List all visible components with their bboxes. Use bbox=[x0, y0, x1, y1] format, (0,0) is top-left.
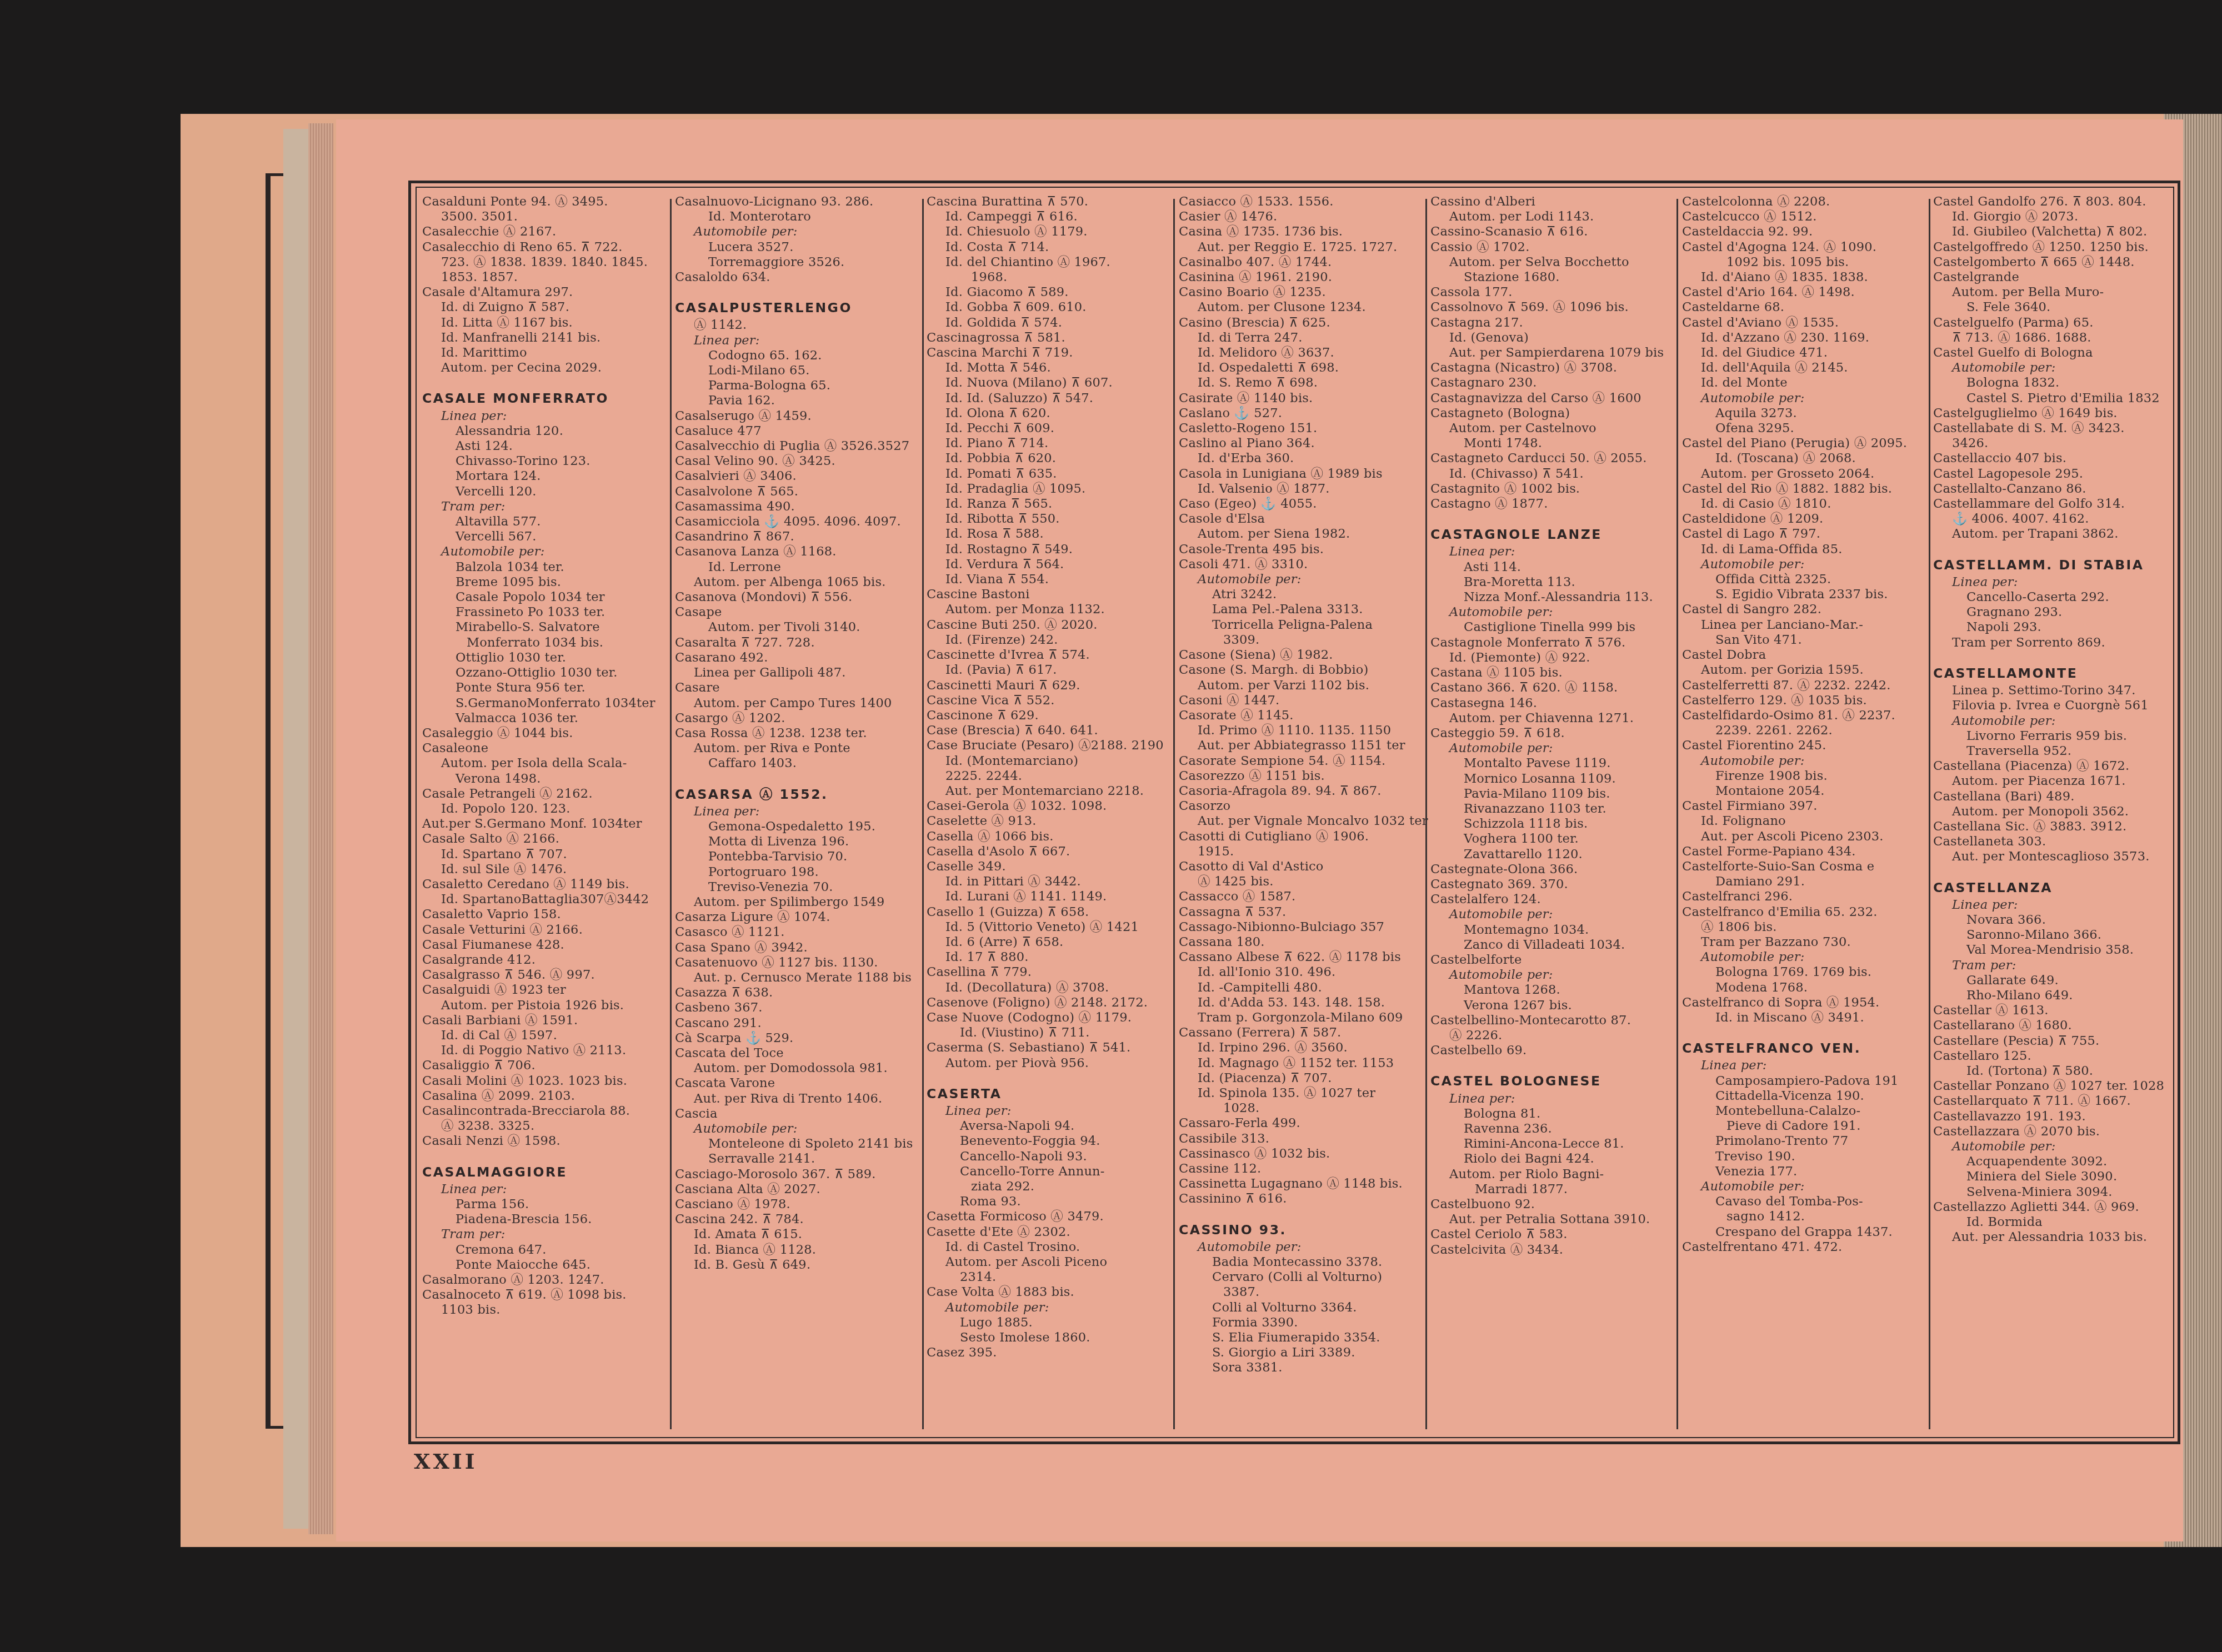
index-entry: Casole d'Elsa bbox=[1179, 512, 1422, 527]
index-entry: Sesto Imolese 1860. bbox=[927, 1330, 1170, 1345]
index-entry: Id. 17 ⊼ 880. bbox=[927, 950, 1170, 965]
index-entry: Castel di Sangro 282. bbox=[1682, 602, 1925, 617]
index-entry: Pavia 162. bbox=[675, 393, 918, 408]
index-entry: Ⓐ 2226. bbox=[1430, 1028, 1674, 1043]
index-entry: Casette d'Ete Ⓐ 2302. bbox=[927, 1225, 1170, 1240]
index-entry: Id. Bormida bbox=[1933, 1215, 2176, 1230]
index-entry: Castelforte-Suio-San Cosma e bbox=[1682, 859, 1925, 874]
index-entry: Ponte Stura 956 ter. bbox=[422, 680, 665, 695]
index-entry: Id. di Castel Trosino. bbox=[927, 1240, 1170, 1255]
index-entry: S. Fele 3640. bbox=[1933, 300, 2176, 315]
index-entry: Ⓐ 1425 bis. bbox=[1179, 874, 1422, 889]
index-entry: Casa Spano Ⓐ 3942. bbox=[675, 940, 918, 955]
index-entry: Id. Ribotta ⊼ 550. bbox=[927, 512, 1170, 527]
index-entry: Cassano (Ferrera) ⊼ 587. bbox=[1179, 1025, 1422, 1040]
index-entry: Id. d'Aiano Ⓐ 1835. 1838. bbox=[1682, 270, 1925, 285]
index-entry: Mantova 1268. bbox=[1430, 983, 1674, 998]
index-entry: Id. (Montemarciano) bbox=[927, 754, 1170, 769]
index-entry: Serravalle 2141. bbox=[675, 1152, 918, 1167]
index-entry: Casale d'Altamura 297. bbox=[422, 285, 665, 300]
index-entry: Casargo Ⓐ 1202. bbox=[675, 711, 918, 726]
index-entry: Casare bbox=[675, 680, 918, 695]
index-entry: ⊼ 713. Ⓐ 1686. 1688. bbox=[1933, 331, 2176, 346]
index-entry: Linea per: bbox=[1430, 1092, 1674, 1107]
index-entry: Castegnate-Olona 366. bbox=[1430, 862, 1674, 877]
index-entry: Autom. per Clusone 1234. bbox=[1179, 300, 1422, 315]
index-entry: Id. del Chiantino Ⓐ 1967. bbox=[927, 255, 1170, 270]
index-entry: Castel del Piano (Perugia) Ⓐ 2095. bbox=[1682, 436, 1925, 451]
index-entry: Autom. per Riva e Ponte bbox=[675, 741, 918, 756]
index-entry: Vercelli 567. bbox=[422, 529, 665, 544]
index-entry: Aut. per Montescaglioso 3573. bbox=[1933, 849, 2176, 864]
index-entry: Id. Viana ⊼ 554. bbox=[927, 572, 1170, 587]
index-entry: Rimini-Ancona-Lecce 81. bbox=[1430, 1137, 1674, 1152]
index-entry: Ponte Maiocche 645. bbox=[422, 1258, 665, 1273]
index-entry: Casier Ⓐ 1476. bbox=[1179, 209, 1422, 224]
index-column-2: Casalnuovo-Licignano 93. 286.Id. Montero… bbox=[675, 194, 918, 1273]
index-entry: Cascia bbox=[675, 1107, 918, 1122]
index-entry: Cassago-Nibionno-Bulciago 357 bbox=[1179, 920, 1422, 935]
index-entry: Benevento-Foggia 94. bbox=[927, 1134, 1170, 1149]
index-entry: Id. Pradaglia Ⓐ 1095. bbox=[927, 482, 1170, 497]
index-entry: Cancello-Torre Annun- bbox=[927, 1164, 1170, 1179]
index-entry: Linea per: bbox=[1933, 898, 2176, 913]
section-heading: CASALPUSTERLENGO bbox=[675, 301, 918, 316]
index-entry: Castelfranci 296. bbox=[1682, 889, 1925, 904]
index-entry: Automobile per: bbox=[1682, 557, 1925, 572]
index-entry: 723. Ⓐ 1838. 1839. 1840. 1845. bbox=[422, 255, 665, 270]
index-entry: Castel di Lago ⊼ 797. bbox=[1682, 527, 1925, 542]
index-entry: Id. (Chivasso) ⊼ 541. bbox=[1430, 467, 1674, 482]
index-entry: Cassacco Ⓐ 1587. bbox=[1179, 889, 1422, 904]
index-entry: Automobile per: bbox=[1682, 950, 1925, 965]
index-entry: Cassolnovo ⊼ 569. Ⓐ 1096 bis. bbox=[1430, 300, 1674, 315]
index-entry: Id. d'Azzano Ⓐ 230. 1169. bbox=[1682, 331, 1925, 346]
index-entry: Filovia p. Ivrea e Cuorgnè 561 bbox=[1933, 698, 2176, 713]
index-entry: Montemagno 1034. bbox=[1430, 923, 1674, 938]
index-entry: Cà Scarpa ⚓ 529. bbox=[675, 1031, 918, 1046]
index-entry: Cassaro-Ferla 499. bbox=[1179, 1116, 1422, 1131]
index-entry: Stazione 1680. bbox=[1430, 270, 1674, 285]
index-entry: Asti 124. bbox=[422, 439, 665, 454]
index-entry: Aut. per Riva di Trento 1406. bbox=[675, 1092, 918, 1107]
index-entry: Casirate Ⓐ 1140 bis. bbox=[1179, 391, 1422, 406]
index-entry: Castelgoffredo Ⓐ 1250. 1250 bis. bbox=[1933, 240, 2176, 255]
index-entry: Autom. per Chiavenna 1271. bbox=[1430, 711, 1674, 726]
index-entry: Cascina Marchi ⊼ 719. bbox=[927, 346, 1170, 361]
index-entry: Casello 1 (Guizza) ⊼ 658. bbox=[927, 905, 1170, 920]
index-entry: Balzola 1034 ter. bbox=[422, 560, 665, 575]
index-entry: Castelfidardo-Osimo 81. Ⓐ 2237. bbox=[1682, 708, 1925, 723]
index-entry: Autom. per Ascoli Piceno bbox=[927, 1255, 1170, 1270]
index-entry: S. Elia Fiumerapido 3354. bbox=[1179, 1330, 1422, 1345]
index-entry: Id. Campeggi ⊼ 616. bbox=[927, 209, 1170, 224]
index-entry: Cavaso del Tomba-Pos- bbox=[1682, 1194, 1925, 1209]
index-entry: Casalvecchio di Puglia Ⓐ 3526.3527 bbox=[675, 439, 918, 454]
index-entry: 2314. bbox=[927, 1270, 1170, 1285]
index-entry: Id. Giacomo ⊼ 589. bbox=[927, 285, 1170, 300]
index-entry: Casciago-Morosolo 367. ⊼ 589. bbox=[675, 1167, 918, 1182]
index-entry: Casape bbox=[675, 605, 918, 620]
index-entry: Id. Spinola 135. Ⓐ 1027 ter bbox=[1179, 1086, 1422, 1101]
index-entry: Id. S. Remo ⊼ 698. bbox=[1179, 376, 1422, 391]
index-entry: Aut. per Sampierdarena 1079 bis bbox=[1430, 346, 1674, 361]
index-entry: Marradi 1877. bbox=[1430, 1182, 1674, 1197]
index-entry: Riolo dei Bagni 424. bbox=[1430, 1152, 1674, 1167]
index-entry: San Vito 471. bbox=[1682, 633, 1925, 648]
index-entry: Id. Rostagno ⊼ 549. bbox=[927, 542, 1170, 557]
index-entry: Casellina ⊼ 779. bbox=[927, 965, 1170, 980]
index-entry: Id. Giubileo (Valchetta) ⊼ 802. bbox=[1933, 224, 2176, 239]
index-entry: Casella d'Asolo ⊼ 667. bbox=[927, 844, 1170, 859]
index-entry: Mornico Losanna 1109. bbox=[1430, 772, 1674, 787]
index-entry: Caselle 349. bbox=[927, 859, 1170, 874]
index-entry: Castellare (Pescia) ⊼ 755. bbox=[1933, 1034, 2176, 1049]
index-entry: Castel S. Pietro d'Emilia 1832 bbox=[1933, 391, 2176, 406]
index-entry: Codogno 65. 162. bbox=[675, 348, 918, 363]
index-entry: Caslino al Piano 364. bbox=[1179, 436, 1422, 451]
index-entry: Id. B. Gesù ⊼ 649. bbox=[675, 1258, 918, 1273]
index-entry: Selvena-Miniera 3094. bbox=[1933, 1185, 2176, 1200]
index-entry: Bologna 1832. bbox=[1933, 376, 2176, 391]
index-entry: Ravenna 236. bbox=[1430, 1122, 1674, 1137]
index-entry: 2239. 2261. 2262. bbox=[1682, 723, 1925, 738]
index-entry: Automobile per: bbox=[1430, 968, 1674, 983]
index-entry: Autom. per Selva Bocchetto bbox=[1430, 255, 1674, 270]
index-entry: Automobile per: bbox=[1682, 391, 1925, 406]
index-entry: Casalguidi Ⓐ 1923 ter bbox=[422, 983, 665, 998]
index-entry: Id. (Firenze) 242. bbox=[927, 633, 1170, 648]
index-entry: Casciano Ⓐ 1978. bbox=[675, 1197, 918, 1212]
index-entry: Pavia-Milano 1109 bis. bbox=[1430, 787, 1674, 802]
index-entry: Casoli 471. Ⓐ 3310. bbox=[1179, 557, 1422, 572]
index-entry: Cascine Buti 250. Ⓐ 2020. bbox=[927, 618, 1170, 633]
index-entry: Casteldidone Ⓐ 1209. bbox=[1682, 512, 1925, 527]
index-entry: Casenove (Foligno) Ⓐ 2148. 2172. bbox=[927, 995, 1170, 1010]
index-entry: Id. Irpino 296. Ⓐ 3560. bbox=[1179, 1040, 1422, 1055]
column-divider bbox=[922, 199, 924, 1429]
index-entry: Id. Piano ⊼ 714. bbox=[927, 436, 1170, 451]
index-entry: Id. Bianca Ⓐ 1128. bbox=[675, 1243, 918, 1258]
index-entry: Lugo 1885. bbox=[927, 1315, 1170, 1330]
index-entry: Offida Città 2325. bbox=[1682, 572, 1925, 587]
index-entry: Autom. per Riolo Bagni- bbox=[1430, 1167, 1674, 1182]
index-entry: Automobile per: bbox=[1430, 907, 1674, 922]
index-entry: Castel Ceriolo ⊼ 583. bbox=[1430, 1227, 1674, 1242]
index-entry: Casalduni Ponte 94. Ⓐ 3495. bbox=[422, 194, 665, 209]
index-entry: Linea per: bbox=[1430, 544, 1674, 559]
index-entry: Cassinino ⊼ 616. bbox=[1179, 1192, 1422, 1207]
index-entry: Castagnaro 230. bbox=[1430, 376, 1674, 391]
index-entry: Casalvieri Ⓐ 3406. bbox=[675, 469, 918, 484]
index-entry: Automobile per: bbox=[927, 1300, 1170, 1315]
index-entry: Cascinetti Mauri ⊼ 629. bbox=[927, 678, 1170, 693]
index-entry: Autom. per Castelnovo bbox=[1430, 421, 1674, 436]
index-entry: Casalina Ⓐ 2099. 2103. bbox=[422, 1089, 665, 1104]
index-entry: Id. di Poggio Nativo Ⓐ 2113. bbox=[422, 1043, 665, 1058]
index-entry: Automobile per: bbox=[422, 544, 665, 559]
index-entry: Castelbellino-Montecarotto 87. bbox=[1430, 1013, 1674, 1028]
index-entry: Castagnavizza del Carso Ⓐ 1600 bbox=[1430, 391, 1674, 406]
index-entry: Gemona-Ospedaletto 195. bbox=[675, 819, 918, 834]
index-entry: Casal Fiumanese 428. bbox=[422, 938, 665, 953]
index-entry: Gragnano 293. bbox=[1933, 605, 2176, 620]
index-entry: Autom. per Albenga 1065 bis. bbox=[675, 575, 918, 590]
section-heading: CASTELFRANCO VEN. bbox=[1682, 1041, 1925, 1056]
index-entry: Castellavazzo 191. 193. bbox=[1933, 1109, 2176, 1124]
index-entry: Casaralta ⊼ 727. 728. bbox=[675, 635, 918, 650]
index-entry: Venezia 177. bbox=[1682, 1164, 1925, 1179]
index-entry: Ofena 3295. bbox=[1682, 421, 1925, 436]
index-entry: Castiglione Tinella 999 bis bbox=[1430, 620, 1674, 635]
index-entry: Casaloldo 634. bbox=[675, 270, 918, 285]
index-entry: Autom. per Lodi 1143. bbox=[1430, 209, 1674, 224]
index-entry: Autom. per Trapani 3862. bbox=[1933, 527, 2176, 542]
section-heading: CASTAGNOLE LANZE bbox=[1430, 527, 1674, 542]
index-entry: Monteleone di Spoleto 2141 bis bbox=[675, 1137, 918, 1152]
index-entry: Casanova (Mondovi) ⊼ 556. bbox=[675, 590, 918, 605]
index-entry: Cassagna ⊼ 537. bbox=[1179, 905, 1422, 920]
index-entry: Cassibile 313. bbox=[1179, 1132, 1422, 1147]
index-entry: Castel Fiorentino 245. bbox=[1682, 738, 1925, 753]
index-entry: Cassola 177. bbox=[1430, 285, 1674, 300]
index-entry: Id. di Zuigno ⊼ 587. bbox=[422, 300, 665, 315]
index-entry: Portogruaro 198. bbox=[675, 865, 918, 880]
index-entry: Bra-Moretta 113. bbox=[1430, 575, 1674, 590]
index-entry: Cassine 112. bbox=[1179, 1162, 1422, 1177]
index-entry: Id. dell'Aquila Ⓐ 2145. bbox=[1682, 361, 1925, 376]
index-entry: Casorezzo Ⓐ 1151 bis. bbox=[1179, 769, 1422, 784]
index-entry: Id. (Tortona) ⊼ 580. bbox=[1933, 1064, 2176, 1079]
index-entry: Automobile per: bbox=[1179, 1240, 1422, 1255]
index-entry: Casaletto Ceredano Ⓐ 1149 bis. bbox=[422, 877, 665, 892]
index-entry: Castagna 217. bbox=[1430, 316, 1674, 331]
index-entry: Id. Spartano ⊼ 707. bbox=[422, 847, 665, 862]
index-entry: Autom. per Piacenza 1671. bbox=[1933, 774, 2176, 789]
index-entry: Casone (S. Margh. di Bobbio) bbox=[1179, 663, 1422, 678]
index-entry: Casinina Ⓐ 1961. 2190. bbox=[1179, 270, 1422, 285]
index-entry: Automobile per: bbox=[1682, 1179, 1925, 1194]
index-entry: Id. di Cal Ⓐ 1597. bbox=[422, 1028, 665, 1043]
index-entry: Asti 114. bbox=[1430, 560, 1674, 575]
index-entry: Id. Chiesuolo Ⓐ 1179. bbox=[927, 224, 1170, 239]
index-entry: Linea per: bbox=[675, 804, 918, 819]
index-entry: Aversa-Napoli 94. bbox=[927, 1119, 1170, 1134]
index-entry: Casalnuovo-Licignano 93. 286. bbox=[675, 194, 918, 209]
index-entry: Casalgrande 412. bbox=[422, 953, 665, 968]
index-entry: Id. (Pavia) ⊼ 617. bbox=[927, 663, 1170, 678]
column-divider bbox=[1676, 199, 1678, 1429]
index-entry: Aut. per Petralia Sottana 3910. bbox=[1430, 1212, 1674, 1227]
index-entry: Verona 1267 bis. bbox=[1430, 998, 1674, 1013]
index-entry: Cascinette d'Ivrea ⊼ 574. bbox=[927, 648, 1170, 663]
index-entry: Castano 366. ⊼ 620. Ⓐ 1158. bbox=[1430, 680, 1674, 695]
index-entry: Aut. per Ascoli Piceno 2303. bbox=[1682, 829, 1925, 844]
index-entry: Castellana (Bari) 489. bbox=[1933, 789, 2176, 804]
index-entry: Casalgrasso ⊼ 546. Ⓐ 997. bbox=[422, 968, 665, 983]
index-entry: Caslano ⚓ 527. bbox=[1179, 406, 1422, 421]
index-entry: Casarza Ligure Ⓐ 1074. bbox=[675, 910, 918, 925]
index-entry: 3387. bbox=[1179, 1285, 1422, 1300]
index-entry: Automobile per: bbox=[1933, 361, 2176, 376]
index-entry: Castelferretti 87. Ⓐ 2232. 2242. bbox=[1682, 678, 1925, 693]
section-heading: CASTELLAMM. DI STABIA bbox=[1933, 558, 2176, 573]
index-entry: Cascata del Toce bbox=[675, 1046, 918, 1061]
index-entry: Castellaccio 407 bis. bbox=[1933, 451, 2176, 466]
index-entry: Castelguelfo (Parma) 65. bbox=[1933, 316, 2176, 331]
index-entry: Id. (Viustino) ⊼ 711. bbox=[927, 1025, 1170, 1040]
index-entry: Castelgomberto ⊼ 665 Ⓐ 1448. bbox=[1933, 255, 2176, 270]
index-entry: Autom. per Piovà 956. bbox=[927, 1056, 1170, 1071]
index-entry: Cancello-Napoli 93. bbox=[927, 1149, 1170, 1164]
index-entry: Autom. per Monza 1132. bbox=[927, 602, 1170, 617]
index-entry: Casteggio 59. ⊼ 618. bbox=[1430, 726, 1674, 741]
index-entry: Vercelli 120. bbox=[422, 484, 665, 499]
index-entry: Id. Id. (Saluzzo) ⊼ 547. bbox=[927, 391, 1170, 406]
index-entry: Zavattarello 1120. bbox=[1430, 847, 1674, 862]
index-entry: Casteldarne 68. bbox=[1682, 300, 1925, 315]
index-entry: Tram per: bbox=[1933, 958, 2176, 973]
index-entry: S. Giorgio a Liri 3389. bbox=[1179, 1345, 1422, 1360]
index-entry: Monferrato 1034 bis. bbox=[422, 635, 665, 650]
index-entry: Lodi-Milano 65. bbox=[675, 363, 918, 378]
index-entry: Caselette Ⓐ 913. bbox=[927, 814, 1170, 829]
index-entry: Casalnoceto ⊼ 619. Ⓐ 1098 bis. bbox=[422, 1288, 665, 1303]
index-entry: Castellarano Ⓐ 1680. bbox=[1933, 1018, 2176, 1033]
index-entry: Castelcivita Ⓐ 3434. bbox=[1430, 1243, 1674, 1258]
index-entry: 1915. bbox=[1179, 844, 1422, 859]
index-entry: Automobile per: bbox=[1179, 572, 1422, 587]
index-entry: Rivanazzano 1103 ter. bbox=[1430, 802, 1674, 817]
index-entry: Cascina Burattina ⊼ 570. bbox=[927, 194, 1170, 209]
index-entry: Aut. per Vignale Moncalvo 1032 ter bbox=[1179, 814, 1422, 829]
column-divider bbox=[1173, 199, 1175, 1429]
index-entry: Id. sul Sile Ⓐ 1476. bbox=[422, 862, 665, 877]
index-entry: Badia Montecassino 3378. bbox=[1179, 1255, 1422, 1270]
index-entry: Id. Folignano bbox=[1682, 814, 1925, 829]
index-entry: Castelalfero 124. bbox=[1430, 892, 1674, 907]
index-entry: 2225. 2244. bbox=[927, 769, 1170, 784]
index-entry: Id. Primo Ⓐ 1110. 1135. 1150 bbox=[1179, 723, 1422, 738]
index-entry: Castellar Ponzano Ⓐ 1027 ter. 1028 bbox=[1933, 1079, 2176, 1094]
index-entry: Id. Lerrone bbox=[675, 560, 918, 575]
index-entry: Casaletto Vaprio 158. bbox=[422, 907, 665, 922]
index-entry: Casaleggio Ⓐ 1044 bis. bbox=[422, 726, 665, 741]
index-entry: Casino (Brescia) ⊼ 625. bbox=[1179, 316, 1422, 331]
index-entry: Mortara 124. bbox=[422, 469, 665, 484]
index-entry: Tram per Sorrento 869. bbox=[1933, 635, 2176, 650]
index-entry: Linea per Gallipoli 487. bbox=[675, 665, 918, 680]
index-entry: Casamassima 490. bbox=[675, 499, 918, 514]
index-entry: Id. SpartanoBattaglia307Ⓐ3442 bbox=[422, 892, 665, 907]
index-entry: Casola in Lunigiana Ⓐ 1989 bis bbox=[1179, 467, 1422, 482]
index-entry: Casetta Formicoso Ⓐ 3479. bbox=[927, 1209, 1170, 1224]
index-entry: Casa Rossa Ⓐ 1238. 1238 ter. bbox=[675, 726, 918, 741]
index-entry: Automobile per: bbox=[1430, 605, 1674, 620]
index-entry: Castagnole Monferrato ⊼ 576. bbox=[1430, 635, 1674, 650]
index-entry: Camposampiero-Padova 191 bbox=[1682, 1074, 1925, 1089]
index-entry: Id. Gobba ⊼ 609. 610. bbox=[927, 300, 1170, 315]
index-entry: Castellalto-Canzano 86. bbox=[1933, 482, 2176, 497]
index-entry: Castagneto Carducci 50. Ⓐ 2055. bbox=[1430, 451, 1674, 466]
index-entry: Aut.per S.Germano Monf. 1034ter bbox=[422, 817, 665, 832]
index-entry: Cassana 180. bbox=[1179, 935, 1422, 950]
index-entry: Automobile per: bbox=[1933, 1139, 2176, 1154]
index-entry: Casarano 492. bbox=[675, 650, 918, 665]
index-entry: Id. Marittimo bbox=[422, 346, 665, 361]
index-entry: Casorate Ⓐ 1145. bbox=[1179, 708, 1422, 723]
index-entry: S.GermanoMonferrato 1034ter bbox=[422, 696, 665, 711]
index-entry: Cervaro (Colli al Volturno) bbox=[1179, 1270, 1422, 1285]
index-entry: Id. Goldida ⊼ 574. bbox=[927, 316, 1170, 331]
index-entry: Mirabello-S. Salvatore bbox=[422, 620, 665, 635]
index-entry: Cascinagrossa ⊼ 581. bbox=[927, 331, 1170, 346]
index-entry: Parma 156. bbox=[422, 1197, 665, 1212]
index-entry: Autom. per Spilimbergo 1549 bbox=[675, 895, 918, 910]
index-entry: Id. del Monte bbox=[1682, 376, 1925, 391]
index-entry: Lucera 3527. bbox=[675, 240, 918, 255]
index-column-7: Castel Gandolfo 276. ⊼ 803. 804.Id. Gior… bbox=[1933, 194, 2176, 1245]
index-entry: Id. del Giudice 471. bbox=[1682, 346, 1925, 361]
index-entry: 3426. bbox=[1933, 436, 2176, 451]
index-entry: Breme 1095 bis. bbox=[422, 575, 665, 590]
index-entry: Linea per Lanciano-Mar.- bbox=[1682, 618, 1925, 633]
index-entry: Caserma (S. Sebastiano) ⊼ 541. bbox=[927, 1040, 1170, 1055]
section-heading: CASSINO 93. bbox=[1179, 1223, 1422, 1238]
index-entry: Autom. per Domodossola 981. bbox=[675, 1061, 918, 1076]
index-entry: Casazza ⊼ 638. bbox=[675, 985, 918, 1000]
index-entry: Casoni Ⓐ 1447. bbox=[1179, 693, 1422, 708]
index-entry: Casina Ⓐ 1735. 1736 bis. bbox=[1179, 224, 1422, 239]
index-entry: Torricella Peligna-Palena bbox=[1179, 618, 1422, 633]
index-entry: 1853. 1857. bbox=[422, 270, 665, 285]
index-entry: Montebelluna-Calalzo- bbox=[1682, 1104, 1925, 1119]
index-entry: Schizzola 1118 bis. bbox=[1430, 817, 1674, 832]
index-entry: Id. Magnago Ⓐ 1152 ter. 1153 bbox=[1179, 1056, 1422, 1071]
index-entry: Castel del Rio Ⓐ 1882. 1882 bis. bbox=[1682, 482, 1925, 497]
index-entry: Casalecchie Ⓐ 2167. bbox=[422, 224, 665, 239]
index-entry: Id. di Terra 247. bbox=[1179, 331, 1422, 346]
index-entry: Frassineto Po 1033 ter. bbox=[422, 605, 665, 620]
index-entry: Id. Pecchi ⊼ 609. bbox=[927, 421, 1170, 436]
index-entry: 3309. bbox=[1179, 633, 1422, 648]
index-entry: Nizza Monf.-Alessandria 113. bbox=[1430, 590, 1674, 605]
index-entry: Casole-Trenta 495 bis. bbox=[1179, 542, 1422, 557]
index-entry: Miniera del Siele 3090. bbox=[1933, 1169, 2176, 1184]
index-entry: Damiano 291. bbox=[1682, 874, 1925, 889]
index-entry: Caffaro 1403. bbox=[675, 756, 918, 771]
index-entry: Autom. per Campo Tures 1400 bbox=[675, 696, 918, 711]
index-entry: Automobile per: bbox=[675, 1122, 918, 1137]
index-entry: Cancello-Caserta 292. bbox=[1933, 590, 2176, 605]
index-entry: Cassinetta Lugagnano Ⓐ 1148 bis. bbox=[1179, 1177, 1422, 1192]
index-entry: Castellana (Piacenza) Ⓐ 1672. bbox=[1933, 759, 2176, 774]
index-column-3: Cascina Burattina ⊼ 570.Id. Campeggi ⊼ 6… bbox=[927, 194, 1170, 1360]
index-entry: Castel Forme-Papiano 434. bbox=[1682, 844, 1925, 859]
column-divider bbox=[670, 199, 672, 1429]
index-entry: Casaleone bbox=[422, 741, 665, 756]
index-entry: Aut. per Alessandria 1033 bis. bbox=[1933, 1230, 2176, 1245]
index-entry: Castel d'Agogna 124. Ⓐ 1090. bbox=[1682, 240, 1925, 255]
index-entry: Linea per: bbox=[1933, 575, 2176, 590]
index-entry: Bologna 81. bbox=[1430, 1107, 1674, 1122]
index-entry: Tram per: bbox=[422, 1227, 665, 1242]
index-entry: Automobile per: bbox=[1682, 754, 1925, 769]
index-entry: Cremona 647. bbox=[422, 1243, 665, 1258]
index-entry: Caso (Egeo) ⚓ 4055. bbox=[1179, 497, 1422, 512]
index-column-5: Cassino d'AlberiAutom. per Lodi 1143.Cas… bbox=[1430, 194, 1674, 1258]
column-divider bbox=[1929, 199, 1930, 1429]
